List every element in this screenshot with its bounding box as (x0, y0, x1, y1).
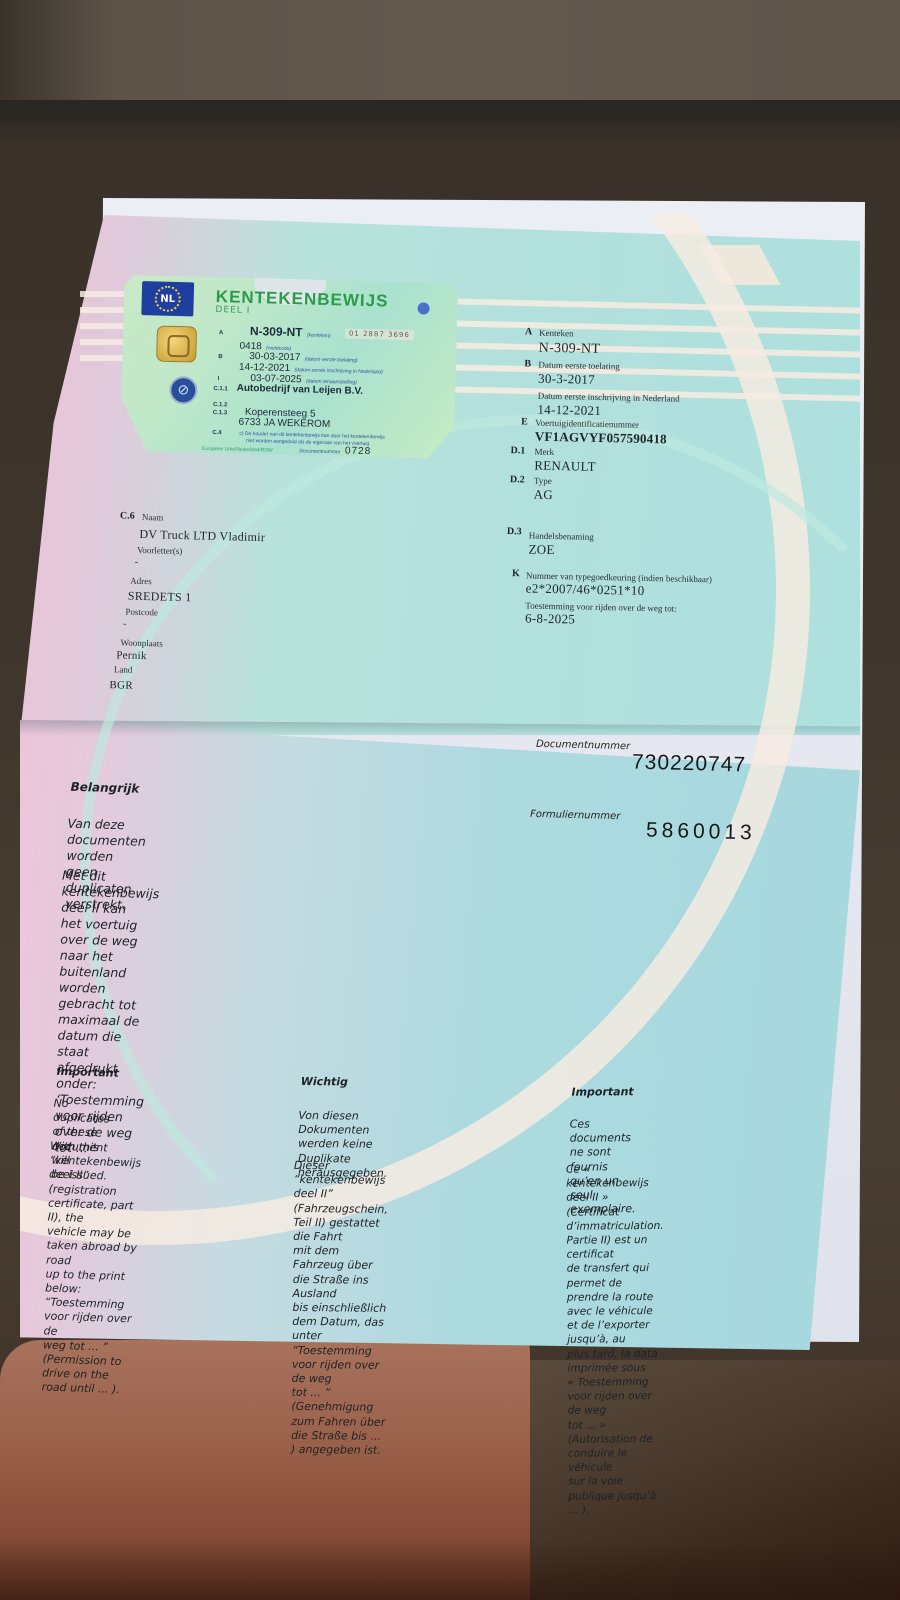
notice-en-p2: With this “kentekenbewijs deel II” (regi… (41, 1140, 141, 1399)
field-nl-value: 14-12-2021 (537, 402, 601, 419)
field-e-value: VF1AGVYF057590418 (535, 429, 667, 448)
owner-address-label: Adres (130, 576, 152, 587)
form-number-value: 5860013 (646, 819, 756, 846)
eu-flag-icon: NL (141, 281, 194, 316)
hologram-icon (417, 302, 429, 314)
license-card-deel-1: NL KENTEKENBEWIJS DEEL I 01 2887 3696 A … (120, 275, 458, 460)
card-subtitle: DEEL I (215, 305, 250, 316)
notice-de-heading: Wichtig (301, 1075, 348, 1090)
field-c6-code: C.6 (120, 510, 135, 521)
field-d2-code: D.2 (510, 474, 525, 485)
field-a-value: N-309-NT (539, 341, 601, 358)
owner-postcode-label: Postcode (125, 607, 158, 618)
chip-icon (156, 326, 197, 363)
owner-initials-value: - (135, 557, 139, 568)
field-d3-code: D.3 (507, 526, 522, 537)
form-number-label: Formuliernummer (530, 809, 621, 822)
card-serial: 01 2887 3696 (345, 328, 414, 340)
no-wheelchair-badge-icon: ⊘ (169, 376, 198, 405)
owner-city-label: Woonplaats (120, 637, 163, 648)
notice-fr-p2: Ce « kentekenbewijs deel II » (Certifica… (566, 1162, 666, 1518)
field-d1-value: RENAULT (534, 458, 596, 475)
field-b-code: B (524, 358, 531, 369)
background-floor (0, 0, 900, 105)
field-b-value: 30-3-2017 (538, 371, 595, 388)
owner-address-value: SREDETS 1 (128, 589, 192, 606)
field-d1-label: Merk (534, 447, 554, 457)
field-d2-label: Type (534, 476, 552, 486)
owner-initials-label: Voorletter(s) (137, 545, 183, 556)
field-d3-value: ZOE (528, 542, 555, 559)
notice-de-p2: Dieser “kentekenbewijs deel II” (Fahrzeu… (291, 1159, 389, 1458)
field-permit-value: 6-8-2025 (525, 610, 575, 627)
background-floor-seam (0, 100, 900, 120)
field-k-code: K (512, 568, 520, 579)
owner-postcode-value: - (123, 619, 127, 630)
field-b-label: Datum eerste toelating (538, 360, 620, 372)
owner-country-value: BGR (109, 679, 133, 692)
bottom-shadow (0, 1540, 900, 1600)
notice-fr-heading: Important (571, 1085, 633, 1100)
field-k-value: e2*2007/46*0251*10 (526, 580, 645, 598)
notice-en-heading: Important (56, 1065, 119, 1081)
field-d2-value: AG (534, 487, 554, 503)
owner-name-label: Naam (142, 512, 164, 523)
card-field-holder: C.1.1 Autobedrijf van Leijen B.V. (213, 377, 363, 399)
field-e-code: E (521, 416, 528, 427)
field-a-label: Kenteken (539, 328, 574, 339)
notice-nl-heading: Belangrijk (70, 780, 139, 797)
field-a-code: A (525, 326, 532, 337)
field-d1-code: D.1 (510, 445, 525, 456)
document-number-value: 730220747 (632, 751, 747, 778)
field-d3-label: Handelsbenaming (529, 531, 594, 542)
owner-country-label: Land (114, 664, 133, 674)
owner-city-value: Pernik (116, 649, 147, 662)
